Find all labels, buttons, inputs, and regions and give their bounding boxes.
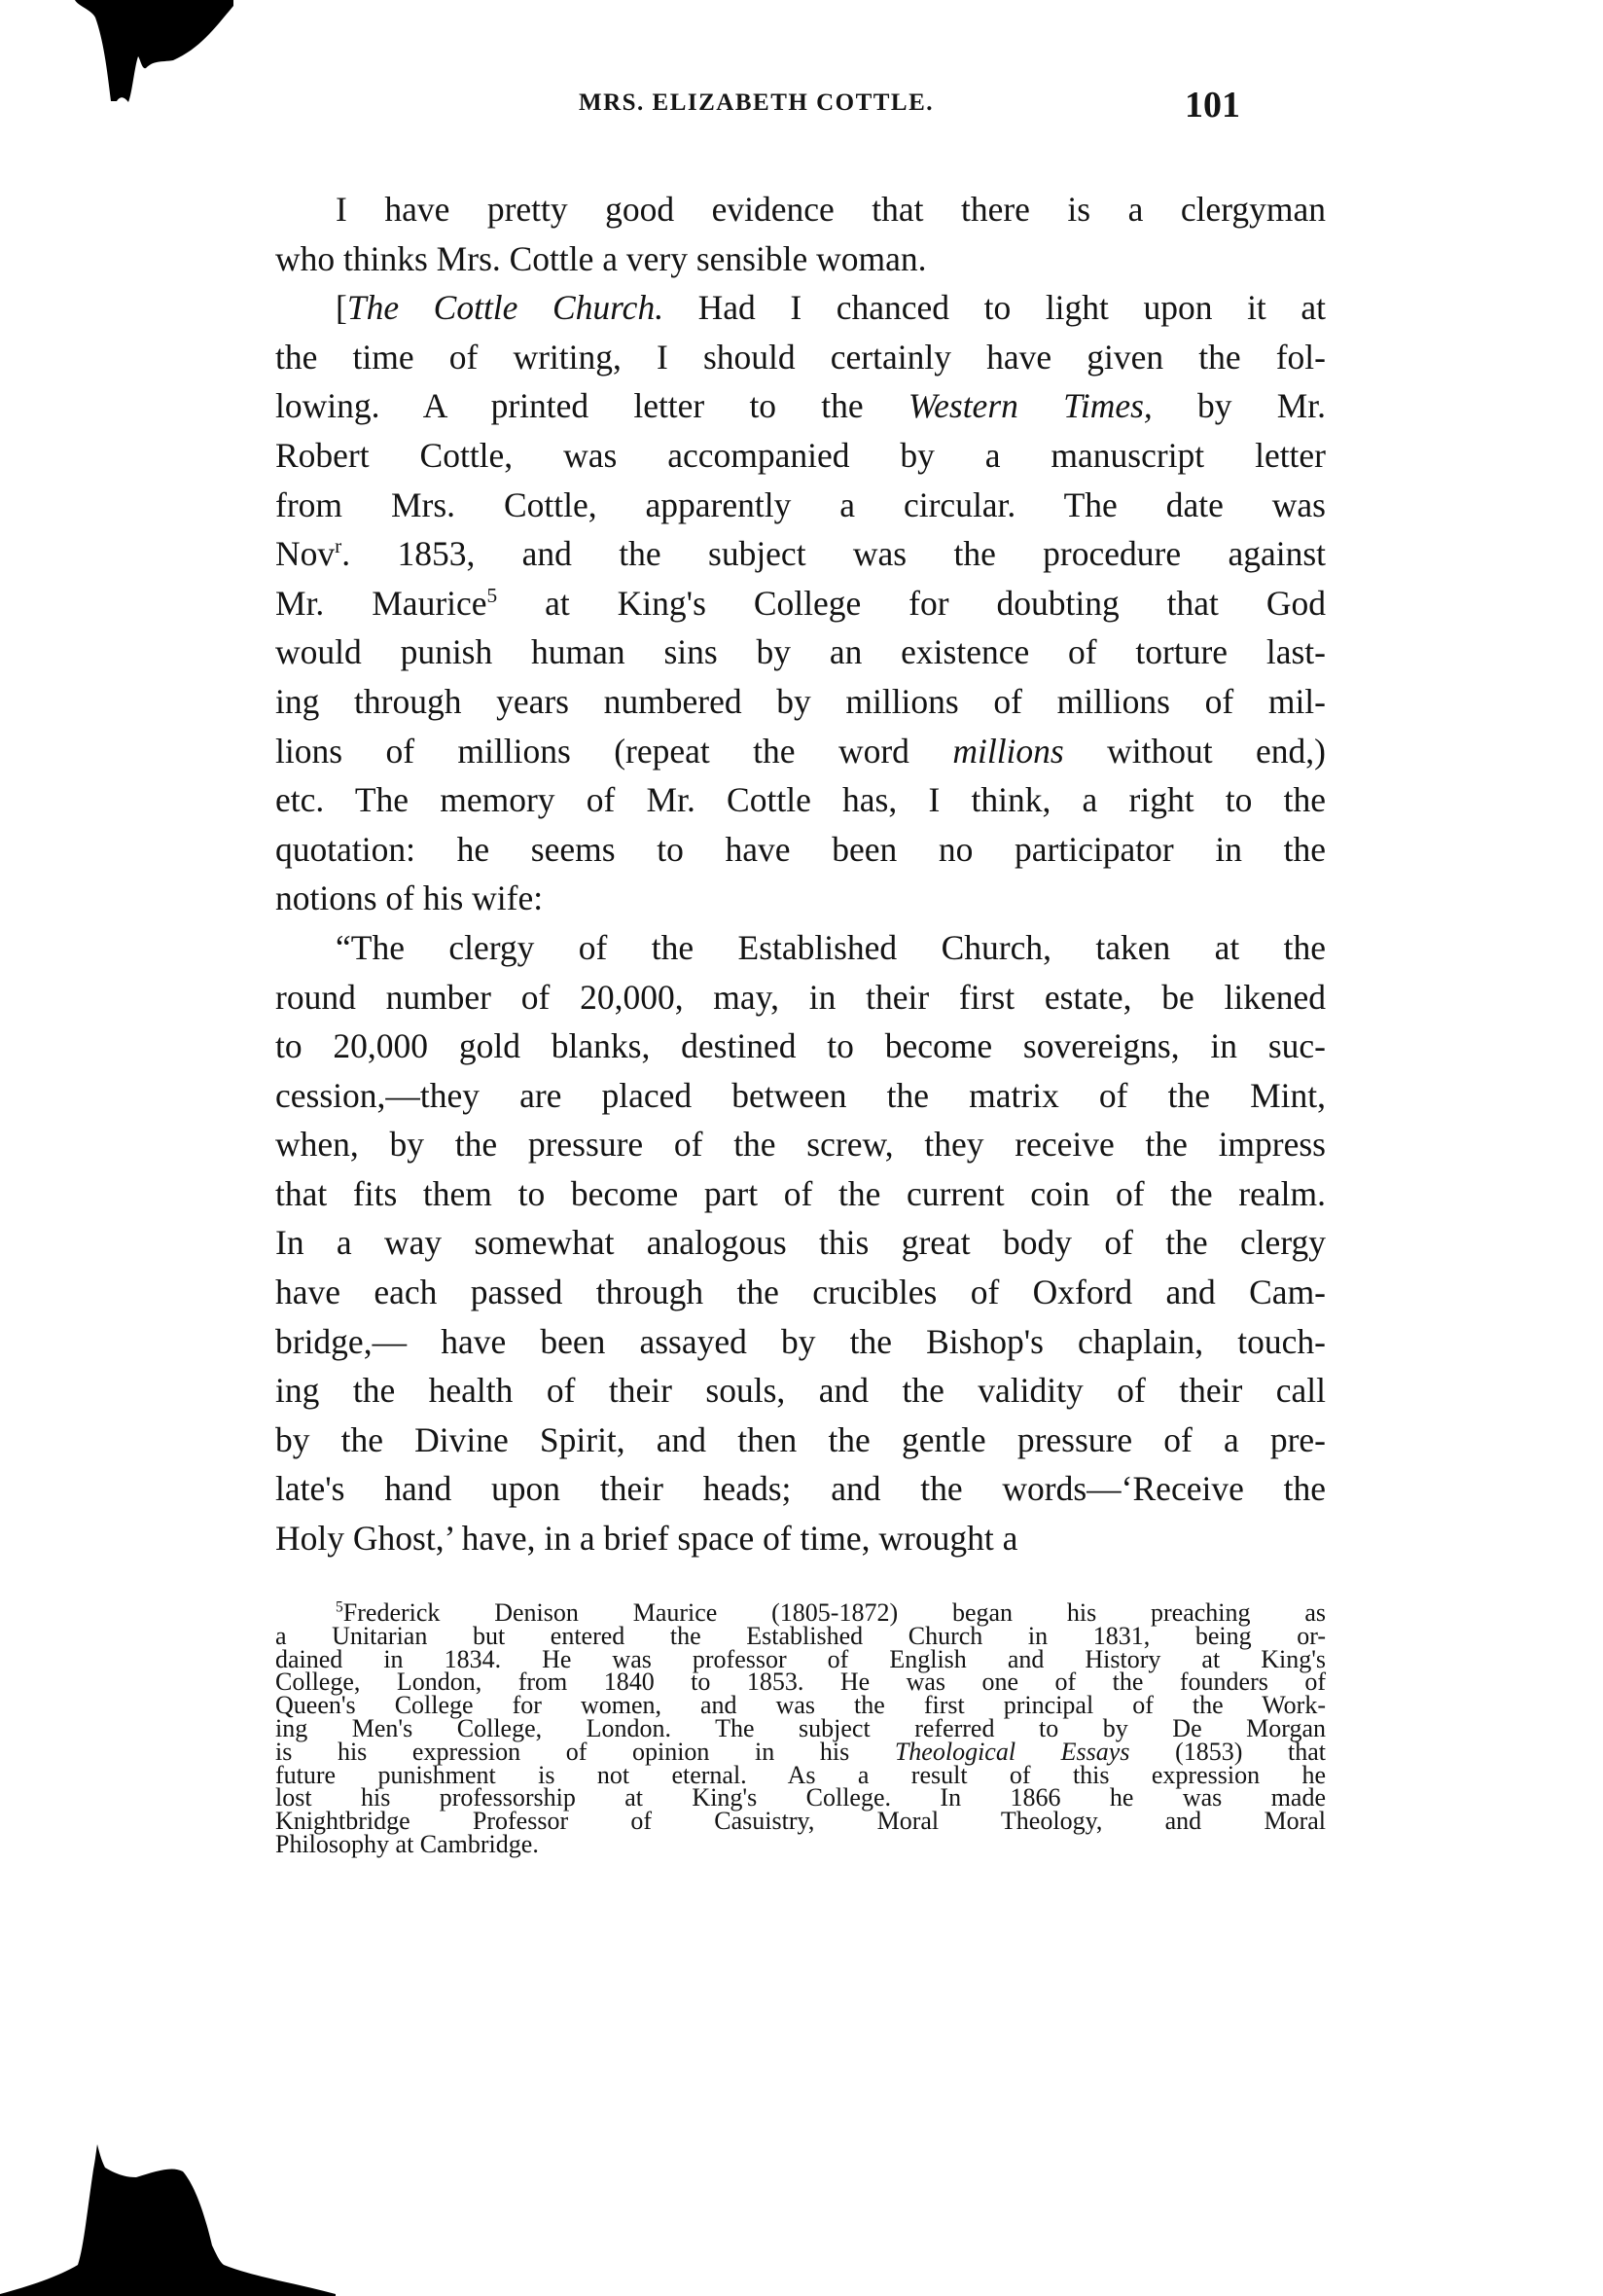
footnote-line: Philosophy at Cambridge. — [275, 1833, 1326, 1856]
body-line: from Mrs. Cottle, apparently a circular.… — [275, 481, 1326, 530]
running-head: MRS. ELIZABETH COTTLE. — [579, 90, 934, 117]
body-line: Holy Ghost,’ have, in a brief space of t… — [275, 1514, 1326, 1563]
body-line: ing the health of their souls, and the v… — [275, 1366, 1326, 1416]
text-segment: lowing. A printed letter to the — [275, 386, 908, 425]
body-line: to 20,000 gold blanks, destined to becom… — [275, 1022, 1326, 1071]
body-line: ing through years numbered by millions o… — [275, 677, 1326, 727]
scan-artifact-bottom-icon — [0, 2131, 350, 2296]
body-line: notions of his wife: — [275, 874, 1326, 923]
footnote-marker: 5 — [487, 584, 498, 607]
italic-text: The Cottle Church. — [347, 288, 663, 327]
body-line: lions of millions (repeat the word milli… — [275, 727, 1326, 776]
body-line: round number of 20,000, may, in their fi… — [275, 973, 1326, 1022]
body-line: Novr. 1853, and the subject was the proc… — [275, 529, 1326, 579]
text-segment: [ — [336, 288, 347, 327]
text-segment: without end,) — [1064, 732, 1326, 771]
book-page: MRS. ELIZABETH COTTLE. 101 I have pretty… — [0, 0, 1603, 2296]
text-segment: . 1853, and the subject was the procedur… — [341, 534, 1326, 573]
body-line: I have pretty good evidence that there i… — [275, 185, 1326, 234]
text-segment: at King's College for doubting that God — [497, 584, 1326, 623]
italic-text: Western Times, — [908, 386, 1153, 425]
body-line: late's hand upon their heads; and the wo… — [275, 1464, 1326, 1514]
body-line: when, by the pressure of the screw, they… — [275, 1120, 1326, 1169]
body-line: [The Cottle Church. Had I chanced to lig… — [275, 283, 1326, 333]
page-number: 101 — [1185, 84, 1240, 126]
body-line: cession,—they are placed between the mat… — [275, 1071, 1326, 1121]
text-segment: lions of millions (repeat the word — [275, 732, 952, 771]
body-line: lowing. A printed letter to the Western … — [275, 381, 1326, 431]
text-segment: Nov — [275, 534, 335, 573]
body-line: Mr. Maurice5 at King's College for doubt… — [275, 579, 1326, 628]
body-line: bridge,— have been assayed by the Bishop… — [275, 1317, 1326, 1367]
body-line: Robert Cottle, was accompanied by a manu… — [275, 431, 1326, 481]
footnote-marker: 5 — [336, 1598, 343, 1615]
body-line: would punish human sins by an existence … — [275, 628, 1326, 677]
body-line: In a way somewhat analogous this great b… — [275, 1218, 1326, 1268]
footnote-line: is his expression of opinion in his Theo… — [275, 1740, 1326, 1764]
footnote: 5Frederick Denison Maurice (1805-1872) b… — [275, 1601, 1326, 1856]
body-line: that fits them to become part of the cur… — [275, 1169, 1326, 1219]
text-segment: Mr. Maurice — [275, 584, 487, 623]
body-text: I have pretty good evidence that there i… — [275, 185, 1326, 1563]
body-line: the time of writing, I should certainly … — [275, 333, 1326, 382]
body-line: by the Divine Spirit, and then the gentl… — [275, 1416, 1326, 1465]
text-segment: Had I chanced to light upon it at — [663, 288, 1326, 327]
text-segment: by Mr. — [1153, 386, 1326, 425]
italic-text: millions — [952, 732, 1063, 771]
scan-artifact-top-icon — [68, 0, 243, 107]
body-line: who thinks Mrs. Cottle a very sensible w… — [275, 234, 1326, 284]
body-line: quotation: he seems to have been no part… — [275, 825, 1326, 875]
body-line: have each passed through the crucibles o… — [275, 1268, 1326, 1317]
body-line: “The clergy of the Established Church, t… — [275, 923, 1326, 973]
body-line: etc. The memory of Mr. Cottle has, I thi… — [275, 775, 1326, 825]
